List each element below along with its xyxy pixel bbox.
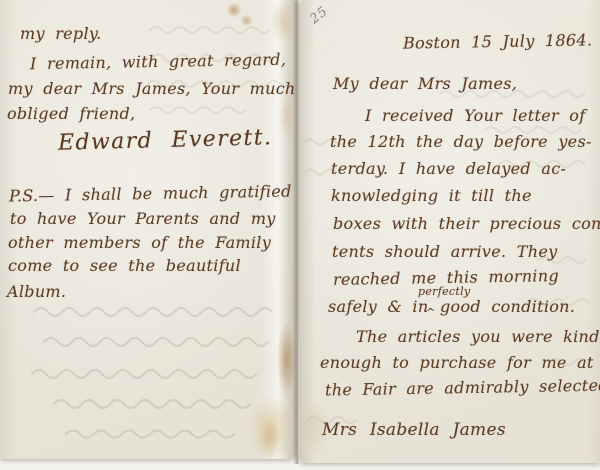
handwritten-line: knowledging it till the xyxy=(331,186,532,205)
recipient-line: Mrs Isabella James xyxy=(322,420,506,440)
handwritten-line: The articles you were kind xyxy=(356,327,600,346)
letter-photograph: my reply. I remain, with great regard, m… xyxy=(0,0,600,470)
handwritten-line: I received Your letter of xyxy=(365,106,585,125)
handwritten-line: safely & in xyxy=(328,297,428,316)
handwritten-line: my reply. xyxy=(20,24,101,43)
ghost-line xyxy=(32,370,256,378)
ghost-line xyxy=(150,107,246,113)
ghost-line xyxy=(66,431,234,438)
handwritten-line: my dear Mrs James, Your much xyxy=(8,79,296,98)
handwritten-line: other members of the Family xyxy=(8,233,271,252)
letter-page-left: my reply. I remain, with great regard, m… xyxy=(0,0,296,459)
ghost-line xyxy=(54,400,250,408)
handwritten-line: the Fair are admirably selected, xyxy=(325,375,600,399)
paper-stain xyxy=(258,418,280,458)
handwritten-line: P.S.— I shall be much gratified xyxy=(9,182,292,206)
handwritten-line: come to see the beautiful xyxy=(8,256,241,275)
handwritten-line: boxes with their precious con- xyxy=(333,214,600,233)
ghost-line xyxy=(150,27,270,33)
handwritten-line: Album. xyxy=(7,282,66,301)
letter-page-right: 25 Boston 15 July 1864. My dear Mrs Jame… xyxy=(300,0,600,463)
page-gutter-shadow xyxy=(293,0,301,464)
date-line: Boston 15 July 1864. xyxy=(403,30,593,52)
handwritten-line: I remain, with great regard, xyxy=(30,50,286,73)
handwritten-line: terday. I have delayed ac- xyxy=(331,159,566,178)
handwritten-line: to have Your Parents and my xyxy=(10,209,276,228)
handwritten-line: obliged friend, xyxy=(7,104,135,123)
handwritten-line: enough to purchase for me at xyxy=(320,353,594,372)
pencil-annotation: 25 xyxy=(307,4,331,27)
ghost-line xyxy=(44,338,268,346)
handwritten-line: the 12th the day before yes- xyxy=(330,132,592,151)
paper-stain xyxy=(240,14,253,27)
insertion-caret: ^ xyxy=(426,306,436,319)
ghost-line xyxy=(34,308,272,316)
handwritten-line: tents should arrive. They xyxy=(332,242,557,261)
paper-stain xyxy=(248,396,294,462)
handwritten-line: good condition. xyxy=(440,297,575,316)
signature-edward-everett: Edward Everett. xyxy=(58,125,273,156)
paper-stain xyxy=(226,2,242,18)
salutation-line: My dear Mrs James, xyxy=(333,74,517,93)
